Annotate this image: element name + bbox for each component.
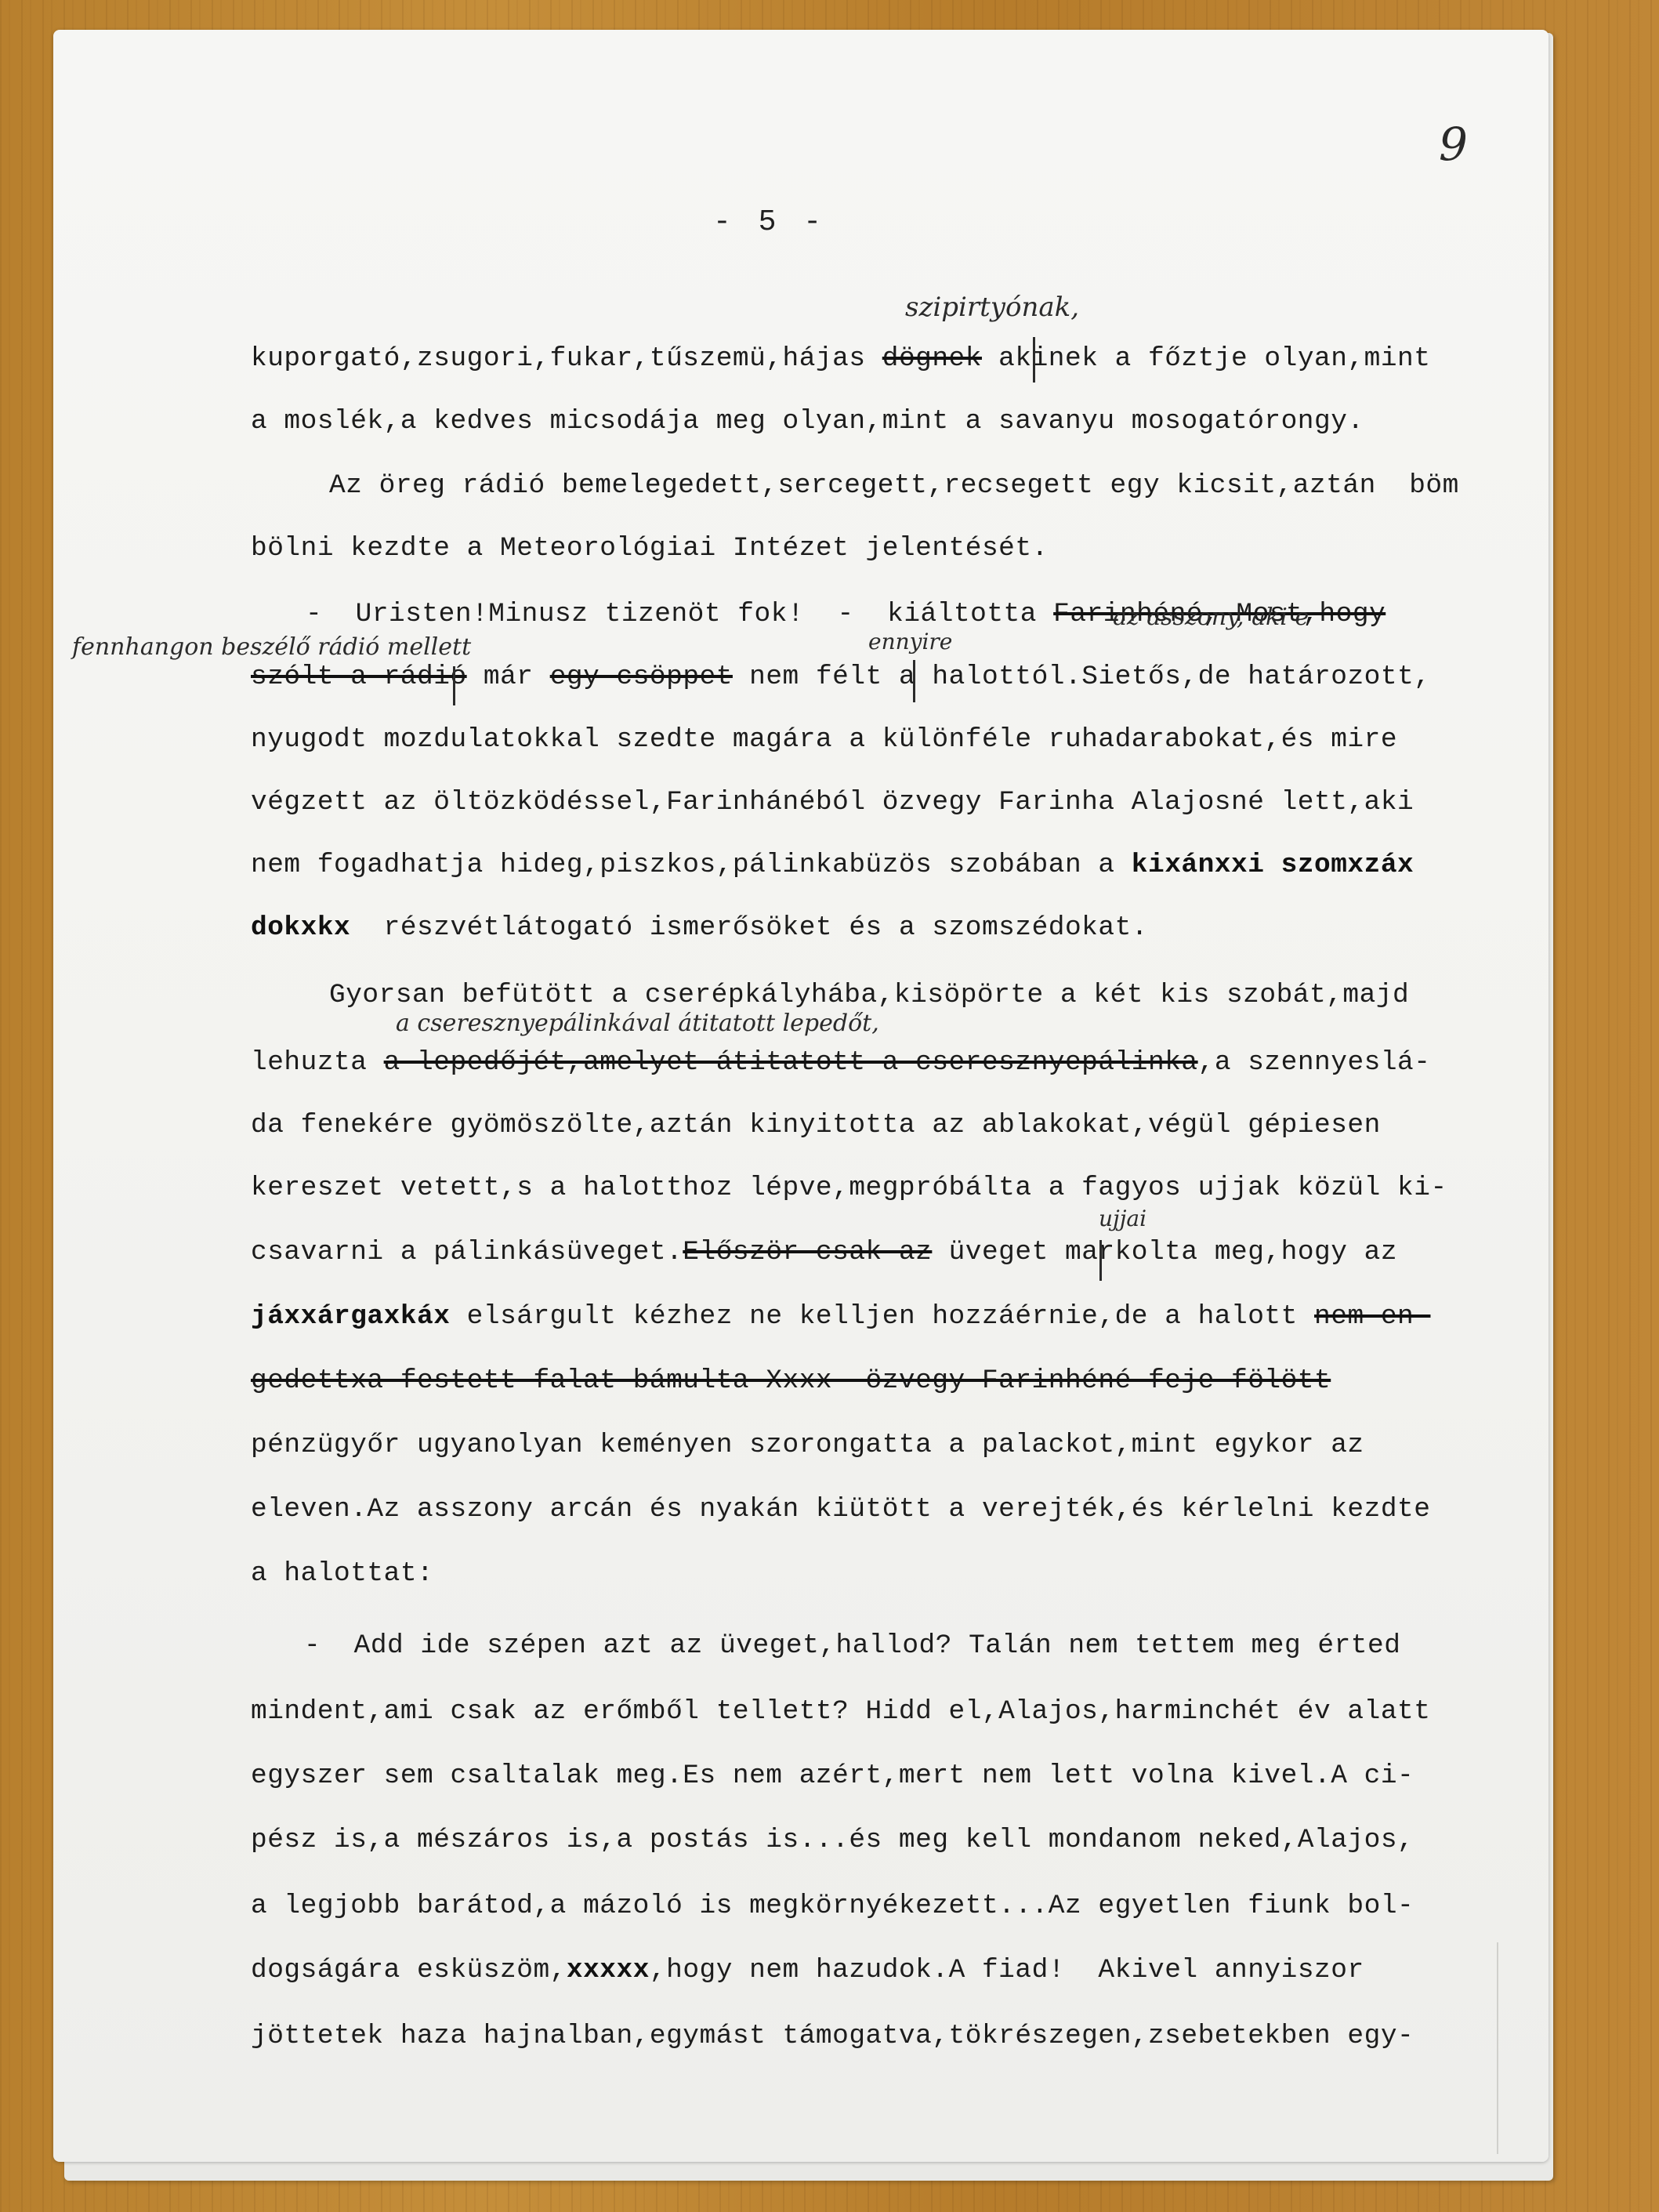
text-line-18: pénzügyőr ugyanolyan keményen szorongatt… (251, 1430, 1364, 1460)
text-line-10: dokxkx részvétlátogató ismerősöket és a … (251, 912, 1148, 943)
text-line-15: csavarni a pálinkásüveget.Először csak a… (251, 1237, 1397, 1267)
text-line-11: Gyorsan befütött a cserépkályhába,kisöpö… (251, 980, 1409, 1010)
text-line-14: kereszet vetett,s a halotthoz lépve,megp… (251, 1173, 1447, 1203)
text-line-23: egyszer sem csaltalak meg.Es nem azért,m… (251, 1761, 1414, 1791)
text-line-7: nyugodt mozdulatokkal szedte magára a kü… (251, 724, 1397, 755)
underlying-sheet-edge (1497, 1942, 1498, 2154)
text-line-20: a halottat: (251, 1558, 433, 1589)
text-line-3: Az öreg rádió bemelegedett,sercegett,rec… (251, 470, 1459, 501)
line-text: nem félt a halottól.Sietős,de határozott… (733, 662, 1431, 692)
text-line-17: gedettxa festett falat bámulta Xxxx özve… (251, 1365, 1331, 1396)
handwritten-note: ujjai (1099, 1206, 1146, 1231)
text-line-2: a moslék,a kedves micsodája meg olyan,mi… (251, 406, 1364, 437)
handwritten-note: ennyire (868, 629, 952, 655)
line-text: ,hogy nem hazudok.A fiad! Akivel annyisz… (650, 1955, 1364, 1985)
insertion-mark (1099, 1240, 1102, 1281)
text-line-1: kuporgató,zsugori,fukar,tűszemü,hájas dö… (251, 343, 1430, 374)
struck-text: nem en- (1314, 1301, 1430, 1332)
line-text: lehuzta (251, 1047, 384, 1078)
line-text: üveget markolta meg,hogy az (932, 1237, 1397, 1267)
text-line-12: lehuzta a lepedőjét,amelyet átitatott a … (251, 1047, 1430, 1078)
text-line-19: eleven.Az asszony arcán és nyakán kiütöt… (251, 1494, 1430, 1525)
text-line-27: jöttetek haza hajnalban,egymást támogatv… (251, 2021, 1414, 2051)
line-text: már (467, 662, 550, 692)
page-number: - 5 - (713, 205, 826, 239)
line-text: akinek a főztje olyan,mint (982, 343, 1431, 374)
text-line-25: a legjobb barátod,a mázoló is megkörnyék… (251, 1891, 1414, 1921)
text-line-26: dogságára esküszöm,xxxxx,hogy nem hazudo… (251, 1955, 1364, 1985)
text-line-21: - Add ide szépen azt az üveget,hallod? T… (304, 1630, 1400, 1661)
text-line-13: da fenekére gyömöszölte,aztán kinyitotta… (251, 1110, 1381, 1140)
line-text: csavarni a pálinkásüveget. (251, 1237, 683, 1267)
text-line-6: szólt a rádió már egy csöppet nem félt a… (251, 662, 1430, 692)
handwritten-note: fennhangon beszélő rádió mellett (72, 633, 471, 661)
typed-over-text: jáxxárgaxkáx (251, 1301, 450, 1332)
handwritten-note: szipirtyónak, (905, 292, 1079, 323)
insertion-mark (453, 666, 455, 705)
text-line-22: mindent,ami csak az erőmből tellett? Hid… (251, 1696, 1430, 1727)
text-line-16: jáxxárgaxkáx elsárgult kézhez ne kelljen… (251, 1301, 1430, 1332)
struck-text: gedettxa festett falat bámulta Xxxx özve… (251, 1365, 1331, 1396)
typed-over-text: kixánxxi szomxzáx (1132, 850, 1414, 880)
insertion-mark (1033, 337, 1035, 383)
line-text: ,a szennyeslá- (1198, 1047, 1431, 1078)
line-text: kuporgató,zsugori,fukar,tűszemü,hájas (251, 343, 882, 374)
typed-over-text: xxxxx (567, 1955, 650, 1985)
struck-text: dögnek (882, 343, 982, 374)
line-text: elsárgult kézhez ne kelljen hozzáérnie,d… (450, 1301, 1314, 1332)
handwritten-note: az asszony, aki e (1113, 604, 1309, 631)
line-text: dogságára esküszöm, (251, 1955, 567, 1985)
struck-text: a lepedőjét,amelyet átitatott a csereszn… (384, 1047, 1198, 1078)
handwritten-sheet-number: 9 (1439, 118, 1468, 171)
struck-text: szólt a rádió (251, 662, 467, 692)
text-line-8: végzett az öltözködéssel,Farinhánéból öz… (251, 787, 1414, 818)
line-text: nem fogadhatja hideg,piszkos,pálinkabüzö… (251, 850, 1132, 880)
handwritten-note: a cseresznyepálinkával átitatott lepedőt… (396, 1010, 879, 1037)
line-text: - Uristen!Minusz tizenöt fok! - kiáltott… (306, 599, 1053, 629)
struck-text: Először csak az (683, 1237, 932, 1267)
insertion-mark (913, 660, 915, 702)
text-line-4: bölni kezdte a Meteorológiai Intézet jel… (251, 533, 1049, 564)
line-text: részvétlátogató ismerősöket és a szomszé… (350, 912, 1148, 943)
text-line-9: nem fogadhatja hideg,piszkos,pálinkabüzö… (251, 850, 1414, 880)
typed-over-text: dokxkx (251, 912, 350, 943)
struck-text: egy csöppet (550, 662, 733, 692)
text-line-24: pész is,a mészáros is,a postás is...és m… (251, 1825, 1414, 1855)
